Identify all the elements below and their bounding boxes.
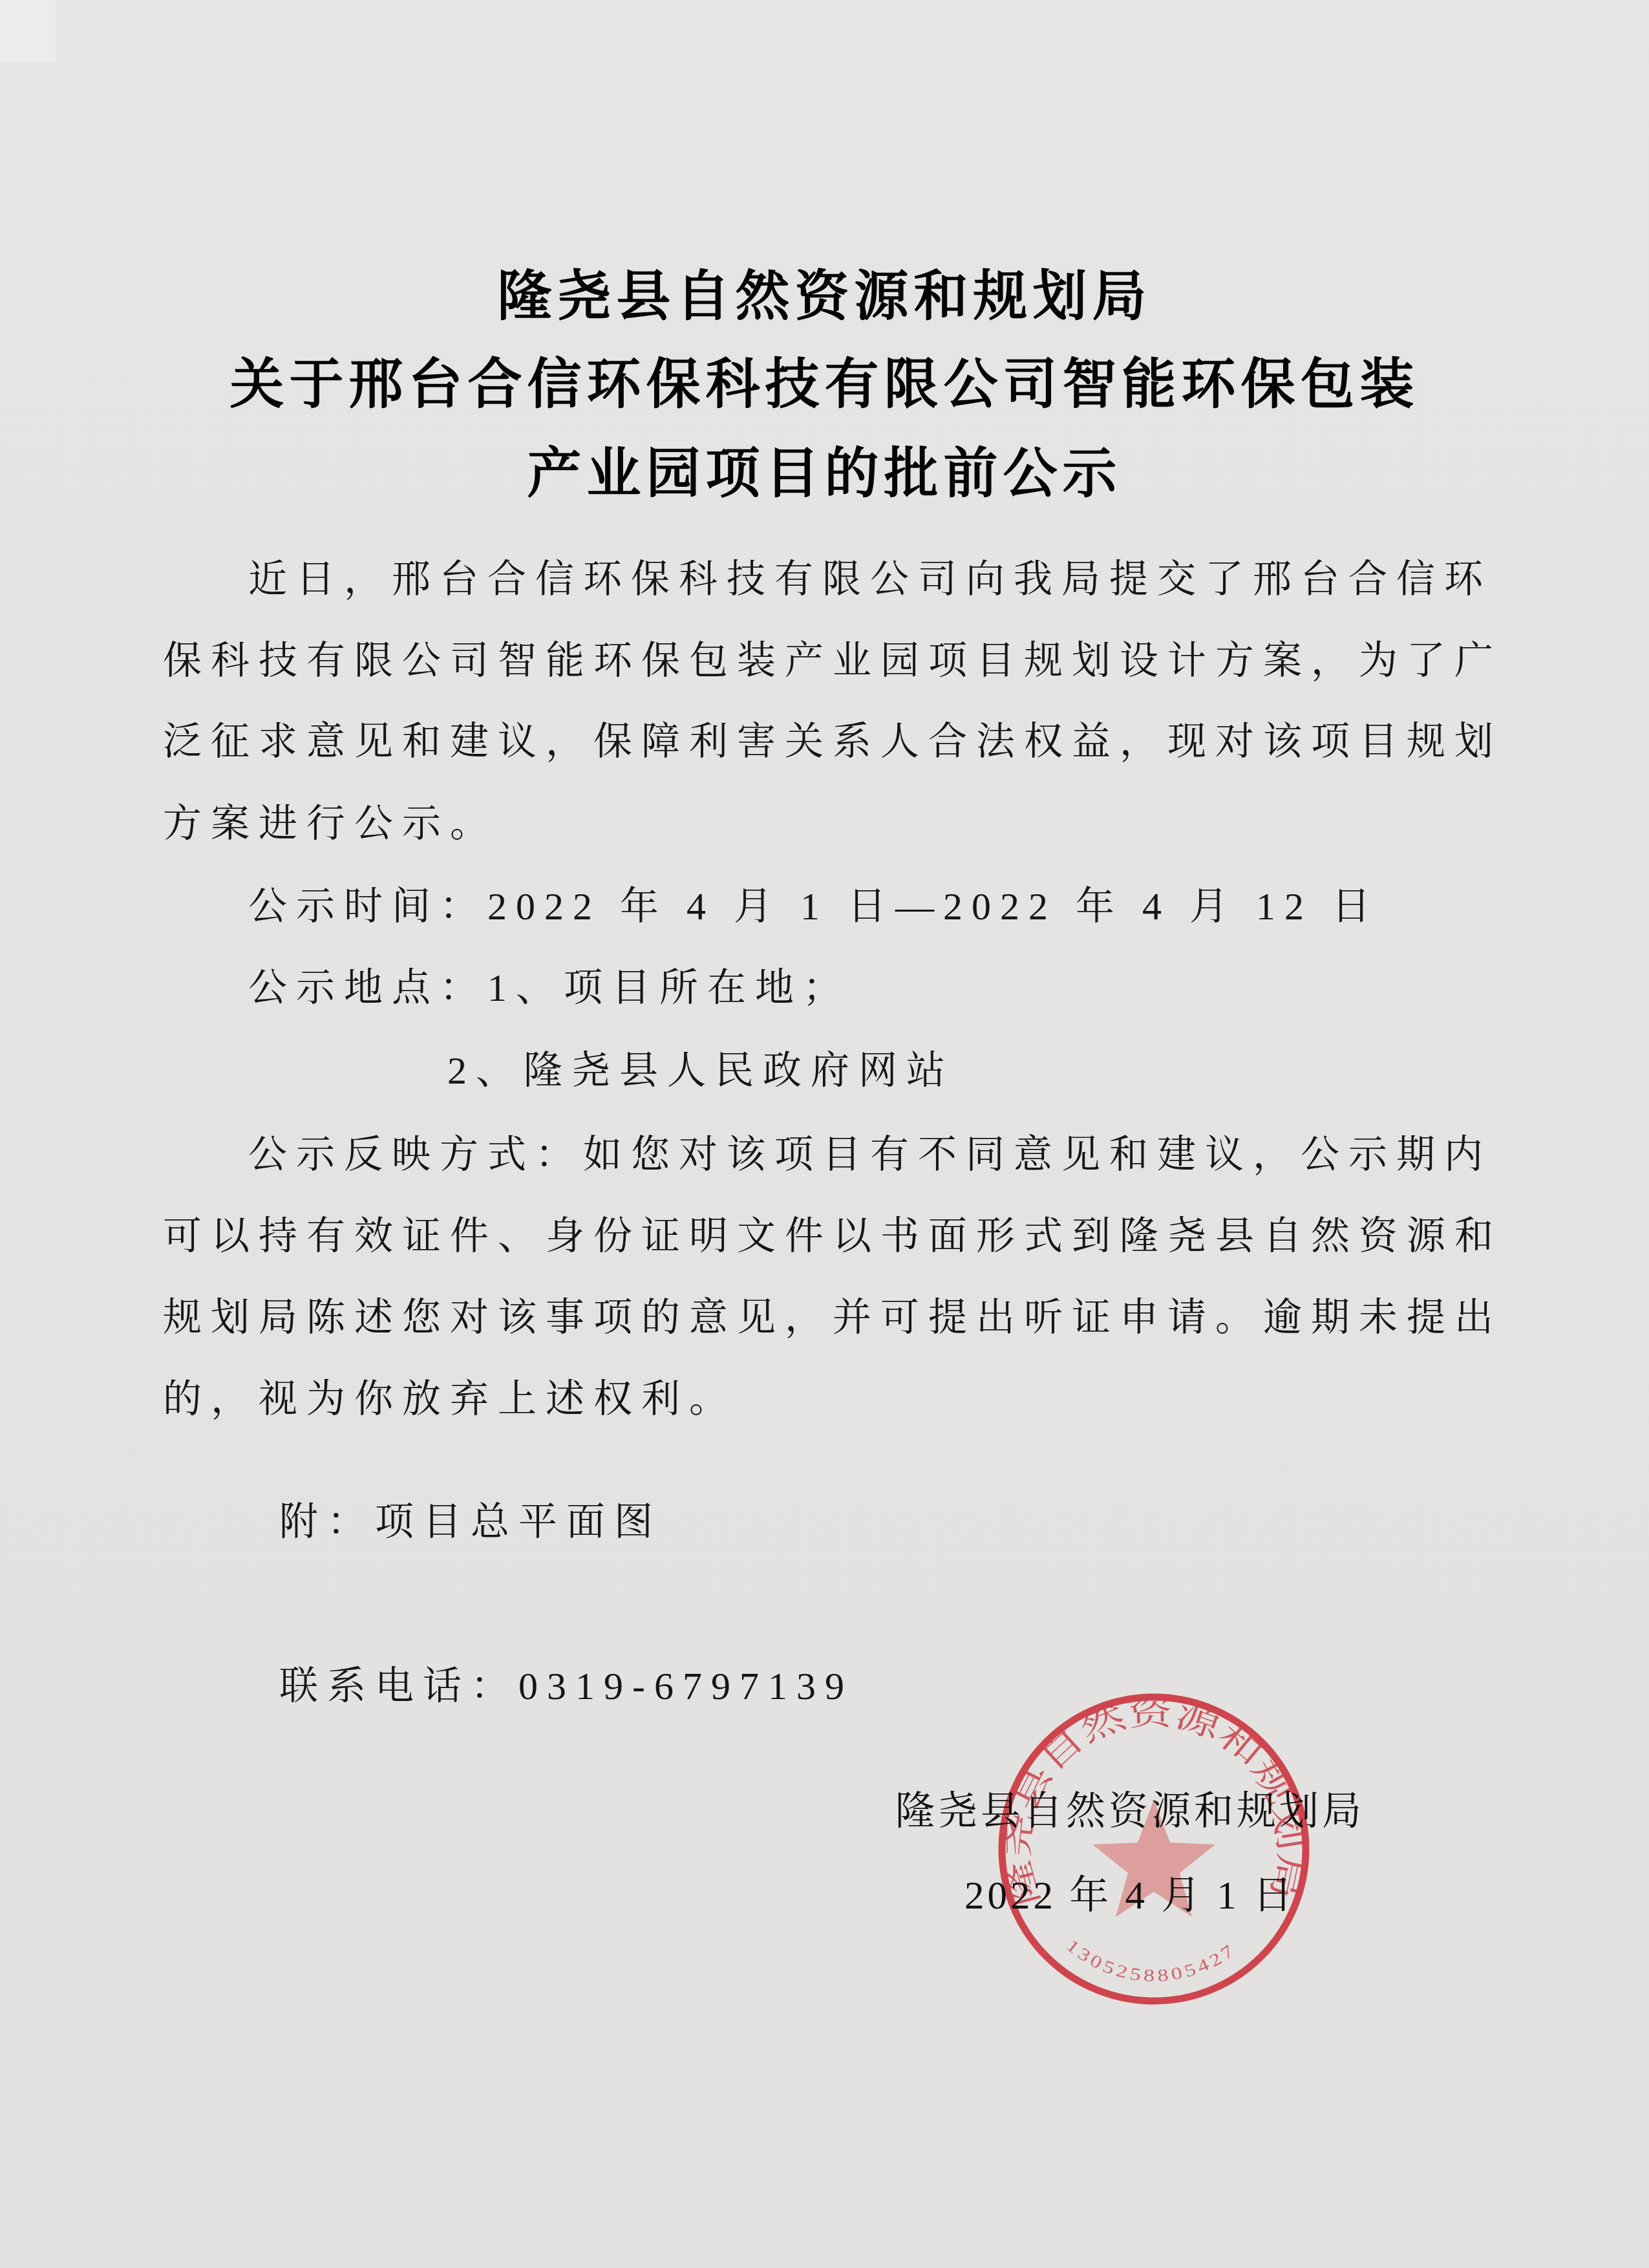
title-line-3: 产业园项目的批前公示 [0, 444, 1649, 503]
title-line-2: 关于邢台合信环保科技有限公司智能环保包装 [0, 354, 1649, 414]
attachment-line: 附：项目总平面图 [279, 1500, 662, 1545]
publicity-place-line2: 2、隆尧县人民政府网站 [447, 1049, 954, 1093]
feedback-line2: 可以持有效证件、身份证明文件以书面形式到隆尧县自然资源和 [163, 1214, 1502, 1259]
signature-date: 2022 年 4 月 1 日 [964, 1874, 1295, 1919]
paragraph1-line3: 泛征求意见和建议，保障利害关系人合法权益，现对该项目规划 [163, 720, 1502, 764]
paragraph1-line2: 保科技有限公司智能环保包装产业园项目规划设计方案，为了广 [163, 639, 1502, 683]
publicity-time-line: 公示时间：2022 年 4 月 1 日—2022 年 4 月 12 日 [248, 884, 1379, 929]
paragraph1-line4: 方案进行公示。 [163, 802, 498, 846]
feedback-line4: 的，视为你放弃上述权利。 [163, 1377, 737, 1422]
document-page: 隆尧县自然资源和规划局 关于邢台合信环保科技有限公司智能环保包装 产业园项目的批… [0, 0, 1649, 2268]
contact-phone-line: 联系电话：0319-6797139 [279, 1664, 853, 1709]
paragraph1-line1: 近日，邢台合信环保科技有限公司向我局提交了邢台合信环 [248, 557, 1492, 602]
feedback-line1: 公示反映方式：如您对该项目有不同意见和建议，公示期内 [248, 1133, 1492, 1177]
seal-serial-text: 1305258805427 [1063, 1935, 1240, 1985]
signature-org: 隆尧县自然资源和规划局 [895, 1790, 1365, 1835]
publicity-place-line1: 公示地点：1、项目所在地； [248, 966, 851, 1011]
official-seal: 隆尧县自然资源和规划局 1305258805427 [983, 1676, 1325, 2025]
title-line-1: 隆尧县自然资源和规划局 [0, 266, 1649, 326]
feedback-line3: 规划局陈述您对该事项的意见，并可提出听证申请。逾期未提出 [163, 1296, 1502, 1340]
scan-corner-artifact [0, 0, 56, 62]
seal-serial-textpath: 1305258805427 [1063, 1935, 1240, 1985]
